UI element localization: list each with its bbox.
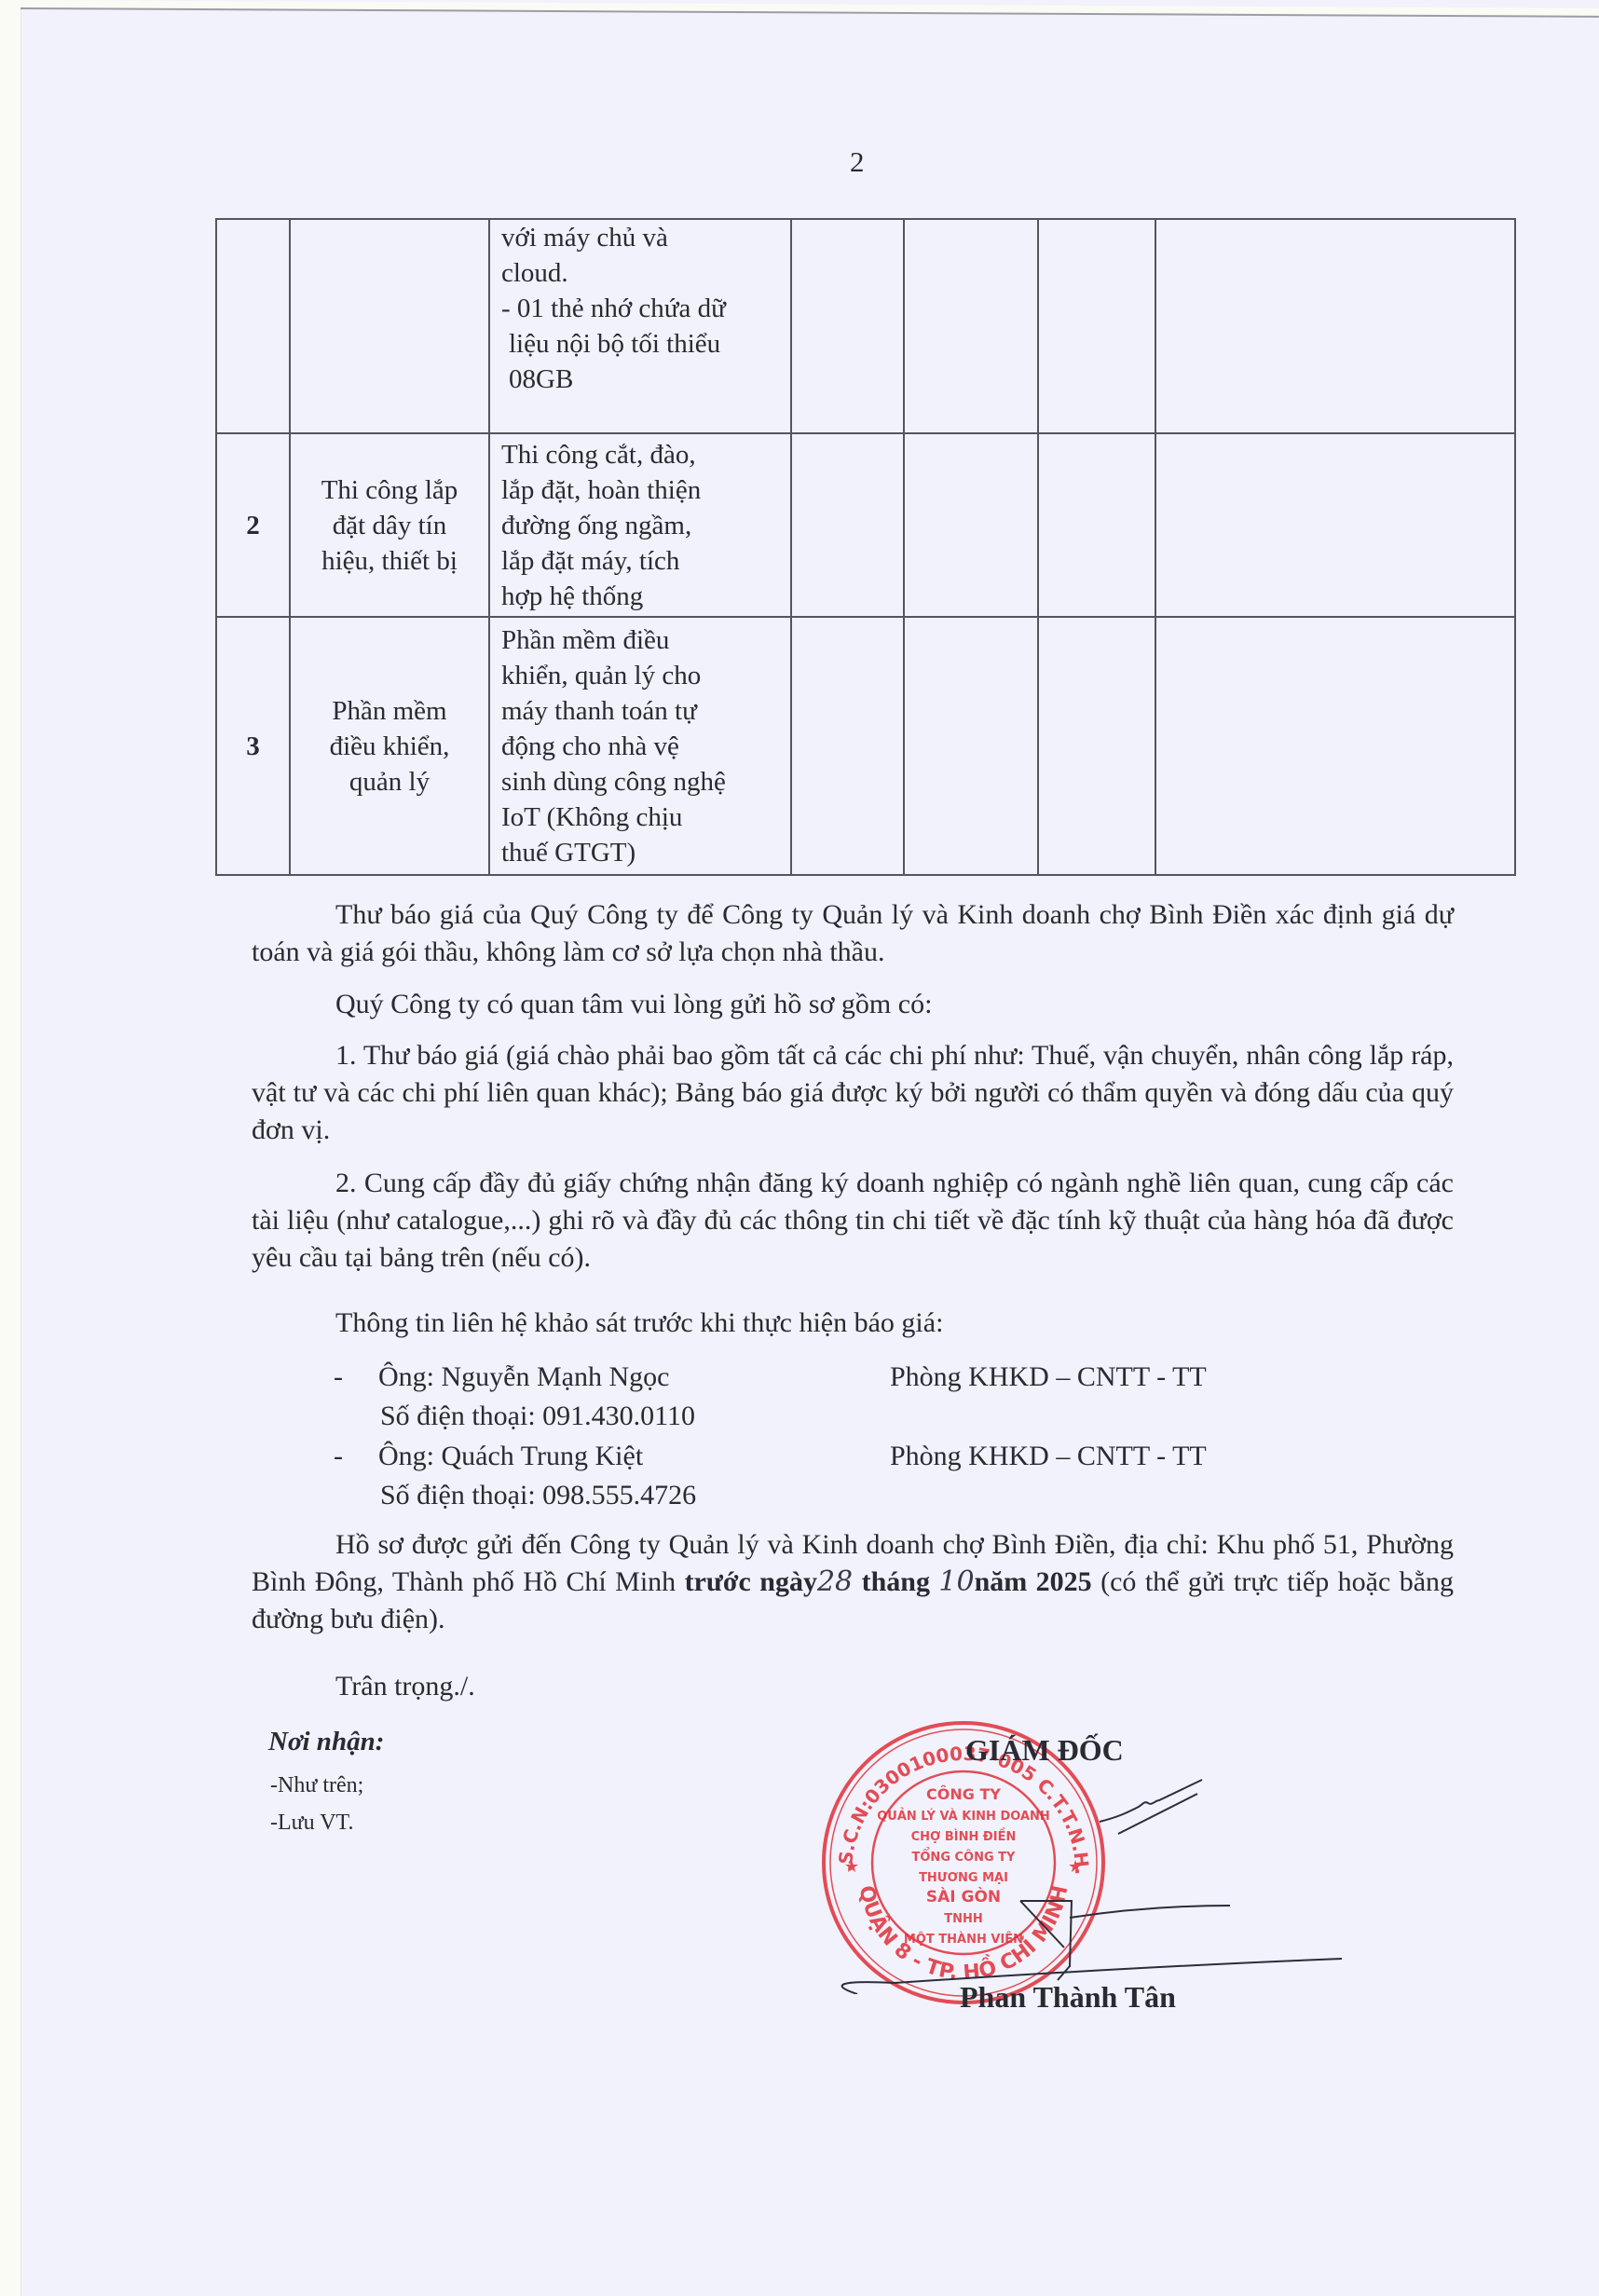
deadline-year: năm 2025 — [975, 1566, 1092, 1597]
cell-empty — [791, 433, 904, 617]
cell-description: Phần mềm điềukhiển, quản lý chomáy thanh… — [489, 617, 791, 875]
page-edge-top — [20, 0, 1599, 18]
contact-lead: Thông tin liên hệ khảo sát trước khi thự… — [252, 1305, 1454, 1342]
deadline-month: 10 — [938, 1565, 974, 1598]
contact-bullet: - — [334, 1359, 343, 1396]
contact-name: Ông: Nguyễn Mạnh Ngọc — [378, 1359, 669, 1396]
cell-item-name — [290, 219, 489, 433]
signer-name: Phan Thành Tân — [960, 1980, 1176, 2015]
request-lead: Quý Công ty có quan tâm vui lòng gửi hồ … — [252, 986, 1454, 1023]
submission-paragraph: Hồ sơ được gửi đến Công ty Quản lý và Ki… — [252, 1526, 1454, 1638]
handwritten-signature-icon — [820, 1715, 1398, 1994]
cell-stt: 3 — [216, 617, 290, 875]
table-row: với máy chủ vàcloud.- 01 thẻ nhớ chứa dữ… — [216, 219, 1515, 433]
page-edge — [0, 0, 21, 2296]
table-row: 2Thi công lắpđặt dây tínhiệu, thiết bịTh… — [216, 433, 1515, 617]
deadline-prefix: trước ngày — [685, 1566, 817, 1597]
cell-description: với máy chủ vàcloud.- 01 thẻ nhớ chứa dữ… — [489, 219, 791, 433]
cell-empty — [1038, 219, 1155, 433]
cell-empty — [1038, 433, 1155, 617]
cell-stt: 2 — [216, 433, 290, 617]
cell-empty — [1155, 433, 1515, 617]
quotation-table: với máy chủ vàcloud.- 01 thẻ nhớ chứa dữ… — [215, 218, 1516, 876]
request-item-1: 1. Thư báo giá (giá chào phải bao gồm tấ… — [252, 1037, 1454, 1149]
cell-empty — [904, 433, 1038, 617]
cell-empty — [904, 617, 1038, 875]
contact-department: Phòng KHKD – CNTT - TT — [890, 1359, 1207, 1396]
cell-empty — [904, 219, 1038, 433]
cell-empty — [791, 219, 904, 433]
table-row: 3Phần mềmđiều khiển,quản lýPhần mềm điều… — [216, 617, 1515, 875]
deadline-day: 28 — [817, 1565, 853, 1598]
cell-empty — [1038, 617, 1155, 875]
recipient-item: -Như trên; — [270, 1773, 363, 1798]
cell-item-name: Thi công lắpđặt dây tínhiệu, thiết bị — [290, 433, 489, 617]
cell-empty — [1155, 617, 1515, 875]
cell-stt — [216, 219, 290, 433]
recipient-item: -Lưu VT. — [270, 1811, 353, 1836]
recipients-title: Nơi nhận: — [268, 1727, 384, 1757]
contact-bullet: - — [334, 1438, 343, 1475]
request-item-2: 2. Cung cấp đầy đủ giấy chứng nhận đăng … — [252, 1165, 1454, 1277]
cell-description: Thi công cắt, đào,lắp đặt, hoàn thiệnđườ… — [489, 433, 791, 617]
cell-item-name: Phần mềmđiều khiển,quản lý — [290, 617, 489, 875]
contact-department: Phòng KHKD – CNTT - TT — [890, 1438, 1207, 1475]
page-number: 2 — [850, 145, 865, 179]
contact-name: Ông: Quách Trung Kiệt — [378, 1438, 643, 1475]
contact-phone[interactable]: Số điện thoại: 091.430.0110 — [380, 1398, 695, 1435]
cell-empty — [791, 617, 904, 875]
deadline-month-label: tháng — [862, 1566, 930, 1597]
cell-empty — [1155, 219, 1515, 433]
contact-phone[interactable]: Số điện thoại: 098.555.4726 — [380, 1477, 696, 1514]
intro-paragraph: Thư báo giá của Quý Công ty để Công ty Q… — [252, 896, 1454, 971]
closing: Trân trọng./. — [252, 1668, 1454, 1705]
